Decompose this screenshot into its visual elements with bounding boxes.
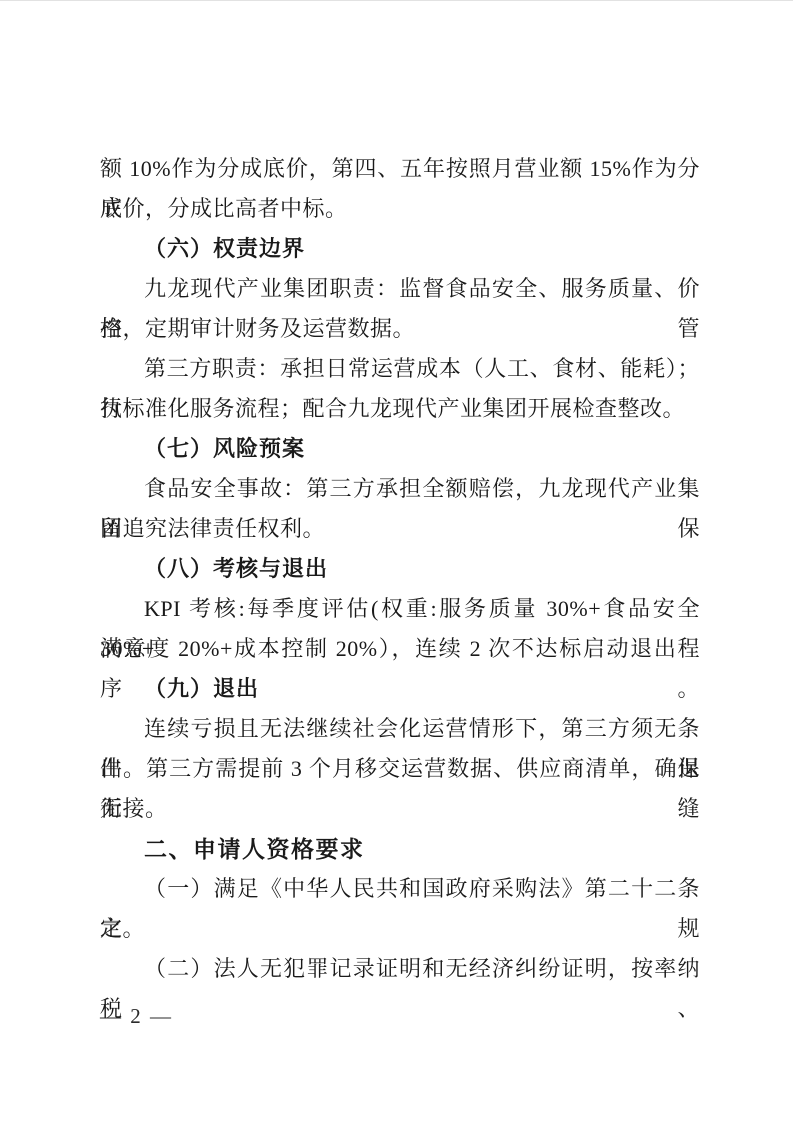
subsection-heading: （六）权责边界 bbox=[100, 229, 700, 269]
body-text-line: 底价，分成比高者中标。 bbox=[100, 189, 700, 229]
body-text-line: 第三方职责：承担日常运营成本（人工、食材、能耗）；执 bbox=[100, 349, 700, 389]
body-text-line: 满意度 20%+成本控制 20%），连续 2 次不达标启动退出程序。 bbox=[100, 629, 700, 669]
section-heading: 二、申请人资格要求 bbox=[100, 829, 700, 869]
body-text-line: 额 10%作为分成底价，第四、五年按照月营业额 15%作为分成 bbox=[100, 149, 700, 189]
body-text-line: （一）满足《中华人民共和国政府采购法》第二十二条之规 bbox=[100, 869, 700, 909]
body-text-line: 连续亏损且无法继续社会化运营情形下，第三方须无条件退 bbox=[100, 709, 700, 749]
body-text-line: KPI 考核:每季度评估(权重:服务质量 30%+食品安全 30%+ bbox=[100, 589, 700, 629]
body-text-line: （二）法人无犯罪记录证明和无经济纠纷证明，按率纳税、 bbox=[100, 949, 700, 989]
body-text-line: 出。第三方需提前 3 个月移交运营数据、供应商清单，确保无缝 bbox=[100, 749, 700, 789]
subsection-heading: （七）风险预案 bbox=[100, 429, 700, 469]
body-text-line: 九龙现代产业集团职责：监督食品安全、服务质量、价格管 bbox=[100, 269, 700, 309]
subsection-heading: （八）考核与退出 bbox=[100, 549, 700, 589]
body-text-line: 食品安全事故：第三方承担全额赔偿，九龙现代产业集团保 bbox=[100, 469, 700, 509]
document-body: 额 10%作为分成底价，第四、五年按照月营业额 15%作为分成 底价，分成比高者… bbox=[100, 149, 700, 989]
document-page: 额 10%作为分成底价，第四、五年按照月营业额 15%作为分成 底价，分成比高者… bbox=[0, 0, 793, 1123]
body-text-line: 行标准化服务流程；配合九龙现代产业集团开展检查整改。 bbox=[100, 389, 700, 429]
page-number: — 2 — bbox=[100, 996, 173, 1036]
